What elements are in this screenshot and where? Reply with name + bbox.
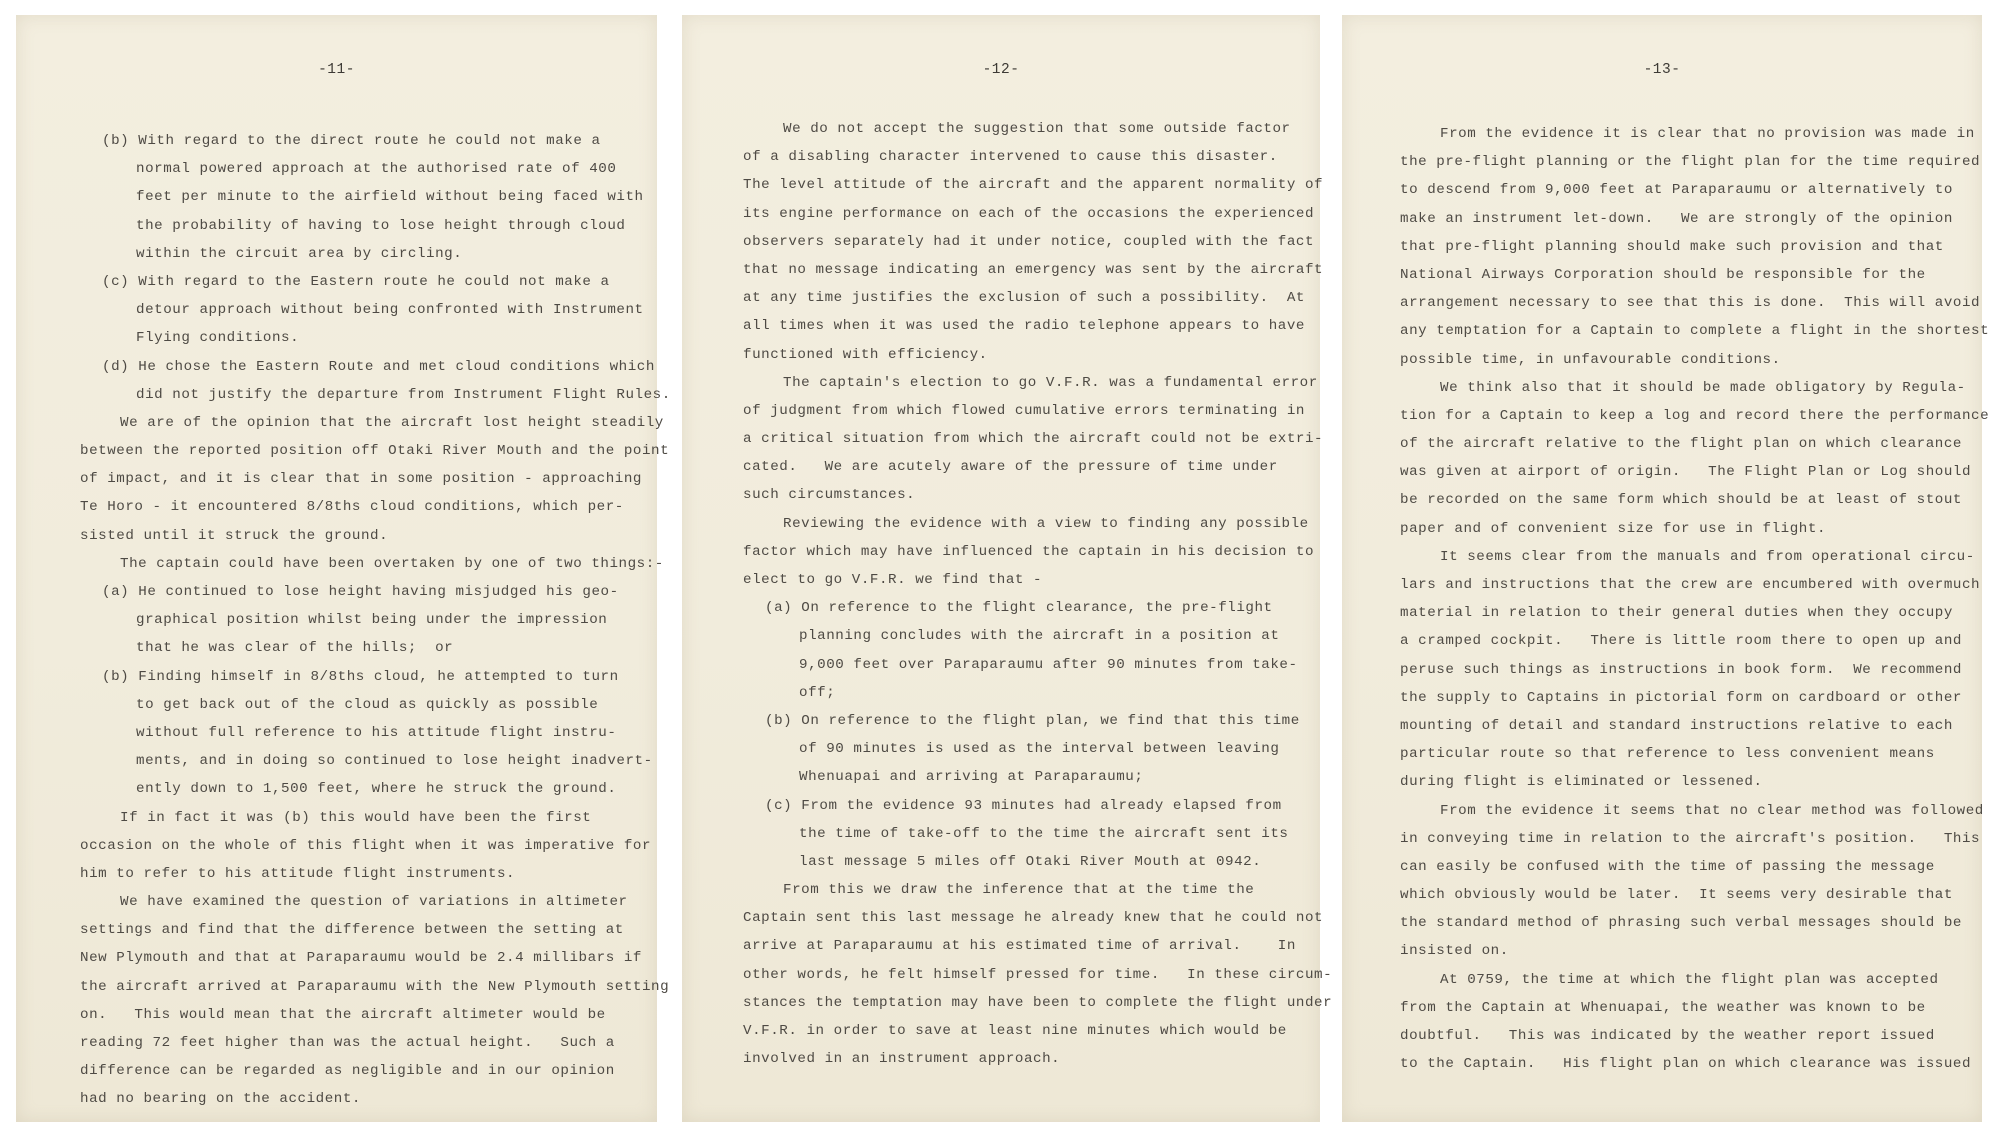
text-line: the standard method of phrasing such ver… [1400,909,1989,937]
text-line: last message 5 miles off Otaki River Mou… [743,848,1332,876]
text-line: From this we draw the inference that at … [743,876,1332,904]
text-line: planning concludes with the aircraft in … [743,622,1332,650]
text-line: detour approach without being confronted… [80,296,671,324]
text-line: Whenuapai and arriving at Paraparaumu; [743,763,1332,791]
text-line: between the reported position off Otaki … [80,437,671,465]
text-line: graphical position whilst being under th… [80,606,671,634]
text-line: arrive at Paraparaumu at his estimated t… [743,932,1332,960]
text-line: Te Horo - it encountered 8/8ths cloud co… [80,493,671,521]
text-line: factor which may have influenced the cap… [743,538,1332,566]
text-line: cated. We are acutely aware of the press… [743,453,1332,481]
text-line: was given at airport of origin. The Flig… [1400,458,1989,486]
text-line: National Airways Corporation should be r… [1400,261,1989,289]
text-line: At 0759, the time at which the flight pl… [1400,966,1989,994]
text-line: a cramped cockpit. There is little room … [1400,627,1989,655]
text-line: functioned with efficiency. [743,341,1332,369]
document-page-11: -11- (b) With regard to the direct route… [16,15,657,1122]
text-line: on. This would mean that the aircraft al… [80,1001,671,1029]
text-line: in conveying time in relation to the air… [1400,825,1989,853]
text-line: to the Captain. His flight plan on which… [1400,1050,1989,1078]
text-line: Flying conditions. [80,324,671,352]
text-line: particular route so that reference to le… [1400,740,1989,768]
list-item-line: (c) From the evidence 93 minutes had alr… [743,792,1332,820]
text-line: possible time, in unfavourable condition… [1400,346,1989,374]
text-line: the time of take-off to the time the air… [743,820,1332,848]
page-body: From the evidence it is clear that no pr… [1400,120,1989,1078]
text-line: doubtful. This was indicated by the weat… [1400,1022,1989,1050]
text-line: all times when it was used the radio tel… [743,312,1332,340]
text-line: arrangement necessary to see that this i… [1400,289,1989,317]
text-line: to get back out of the cloud as quickly … [80,691,671,719]
text-line: of 90 minutes is used as the interval be… [743,735,1332,763]
text-line: From the evidence it seems that no clear… [1400,797,1989,825]
text-line: If in fact it was (b) this would have be… [80,804,671,832]
text-line: within the circuit area by circling. [80,240,671,268]
text-line: sisted until it struck the ground. [80,522,671,550]
text-line: its engine performance on each of the oc… [743,200,1332,228]
text-line: of impact, and it is clear that in some … [80,465,671,493]
page-body: (b) With regard to the direct route he c… [80,127,671,1114]
text-line: which obviously would be later. It seems… [1400,881,1989,909]
text-line: of judgment from which flowed cumulative… [743,397,1332,425]
text-line: at any time justifies the exclusion of s… [743,284,1332,312]
text-line: the supply to Captains in pictorial form… [1400,684,1989,712]
text-line: We are of the opinion that the aircraft … [80,409,671,437]
list-item-line: (b) On reference to the flight plan, we … [743,707,1332,735]
document-page-12: -12- We do not accept the suggestion tha… [682,15,1320,1122]
text-line: paper and of convenient size for use in … [1400,515,1989,543]
text-line: from the Captain at Whenuapai, the weath… [1400,994,1989,1022]
text-line: elect to go V.F.R. we find that - [743,566,1332,594]
text-line: such circumstances. [743,481,1332,509]
text-line: to descend from 9,000 feet at Paraparaum… [1400,176,1989,204]
text-line: V.F.R. in order to save at least nine mi… [743,1017,1332,1045]
text-line: From the evidence it is clear that no pr… [1400,120,1989,148]
text-line: New Plymouth and that at Paraparaumu wou… [80,944,671,972]
text-line: stances the temptation may have been to … [743,989,1332,1017]
text-line: It seems clear from the manuals and from… [1400,543,1989,571]
list-item-line: (a) On reference to the flight clearance… [743,594,1332,622]
page-body: We do not accept the suggestion that som… [743,115,1332,1073]
text-line: tion for a Captain to keep a log and rec… [1400,402,1989,430]
text-line: The captain's election to go V.F.R. was … [743,369,1332,397]
text-line: normal powered approach at the authorise… [80,155,671,183]
text-line: The captain could have been overtaken by… [80,550,671,578]
text-line: that he was clear of the hills; or [80,634,671,662]
text-line: him to refer to his attitude flight inst… [80,860,671,888]
text-line: occasion on the whole of this flight whe… [80,832,671,860]
text-line: mounting of detail and standard instruct… [1400,712,1989,740]
text-line: can easily be confused with the time of … [1400,853,1989,881]
text-line: of a disabling character intervened to c… [743,143,1332,171]
text-line: reading 72 feet higher than was the actu… [80,1029,671,1057]
text-line: peruse such things as instructions in bo… [1400,656,1989,684]
list-item-line: (b) Finding himself in 8/8ths cloud, he … [80,663,671,691]
list-item-line: (c) With regard to the Eastern route he … [80,268,671,296]
text-line: without full reference to his attitude f… [80,719,671,747]
text-line: Captain sent this last message he alread… [743,904,1332,932]
text-line: during flight is eliminated or lessened. [1400,768,1989,796]
text-line: any temptation for a Captain to complete… [1400,317,1989,345]
text-line: material in relation to their general du… [1400,599,1989,627]
text-line: We think also that it should be made obl… [1400,374,1989,402]
text-line: ments, and in doing so continued to lose… [80,747,671,775]
text-line: settings and find that the difference be… [80,916,671,944]
text-line: did not justify the departure from Instr… [80,381,671,409]
list-item-line: (d) He chose the Eastern Route and met c… [80,353,671,381]
text-line: involved in an instrument approach. [743,1045,1332,1073]
text-line: observers separately had it under notice… [743,228,1332,256]
list-item-line: (b) With regard to the direct route he c… [80,127,671,155]
text-line: difference can be regarded as negligible… [80,1057,671,1085]
text-line: insisted on. [1400,937,1989,965]
text-line: be recorded on the same form which shoul… [1400,486,1989,514]
text-line: make an instrument let-down. We are stro… [1400,205,1989,233]
text-line: The level attitude of the aircraft and t… [743,171,1332,199]
text-line: We have examined the question of variati… [80,888,671,916]
document-page-13: -13- From the evidence it is clear that … [1342,15,1982,1122]
text-line: the pre-flight planning or the flight pl… [1400,148,1989,176]
text-line: other words, he felt himself pressed for… [743,961,1332,989]
text-line: that no message indicating an emergency … [743,256,1332,284]
text-line: the probability of having to lose height… [80,212,671,240]
text-line: off; [743,679,1332,707]
page-number: -12- [682,62,1320,78]
text-line: 9,000 feet over Paraparaumu after 90 min… [743,651,1332,679]
text-line: the aircraft arrived at Paraparaumu with… [80,973,671,1001]
text-line: lars and instructions that the crew are … [1400,571,1989,599]
text-line: had no bearing on the accident. [80,1085,671,1113]
text-line: of the aircraft relative to the flight p… [1400,430,1989,458]
text-line: that pre-flight planning should make suc… [1400,233,1989,261]
text-line: ently down to 1,500 feet, where he struc… [80,775,671,803]
text-line: feet per minute to the airfield without … [80,183,671,211]
text-line: a critical situation from which the airc… [743,425,1332,453]
page-number: -13- [1342,62,1982,78]
text-line: We do not accept the suggestion that som… [743,115,1332,143]
text-line: Reviewing the evidence with a view to fi… [743,510,1332,538]
list-item-line: (a) He continued to lose height having m… [80,578,671,606]
page-number: -11- [16,62,657,78]
